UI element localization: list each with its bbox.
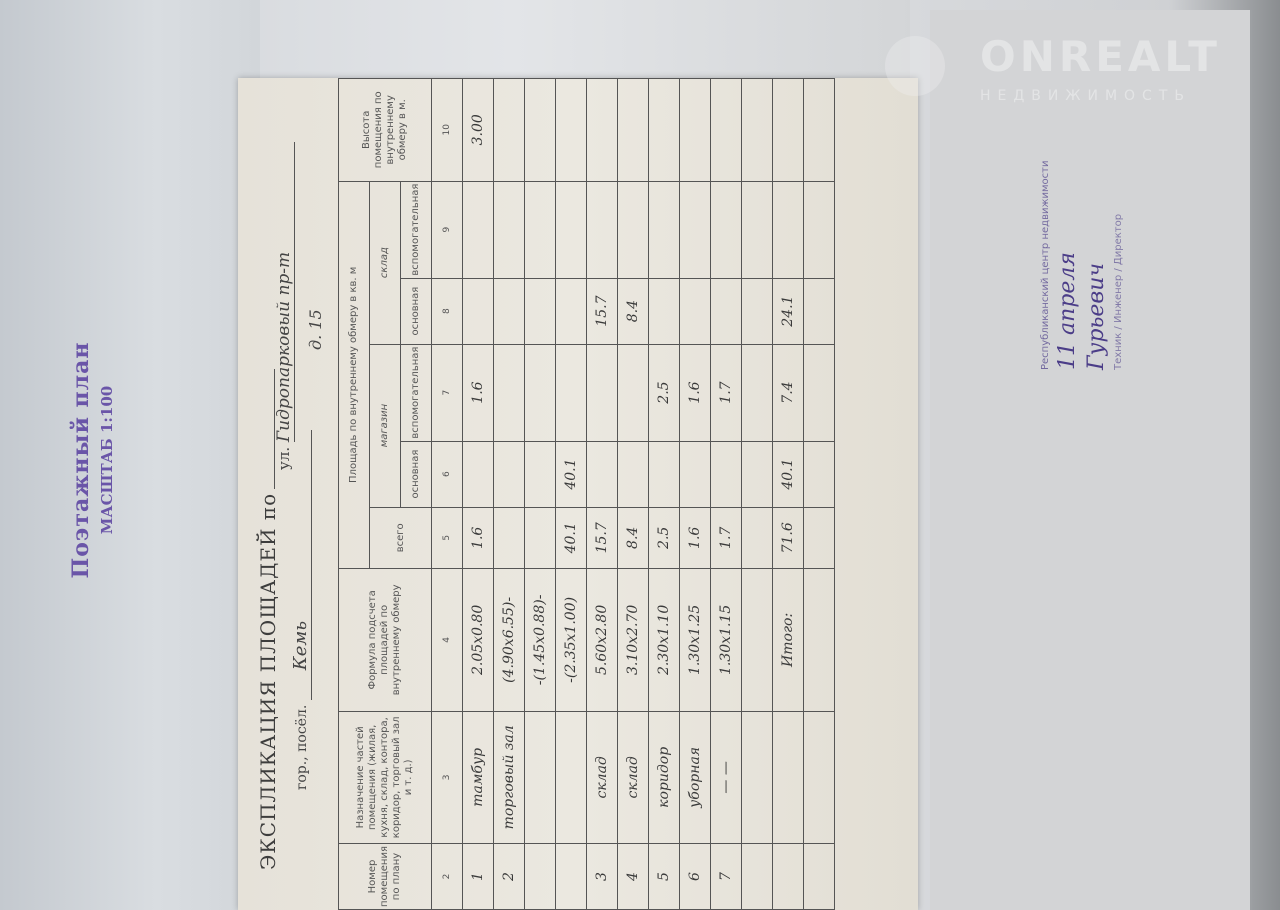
cell-no: 3 xyxy=(587,844,618,910)
table-row xyxy=(804,79,835,910)
cell-formula: -(1.45х0.88)- xyxy=(525,569,556,712)
background-sheet-left xyxy=(0,0,260,910)
cell-formula: 5.60х2.80 xyxy=(587,569,618,712)
cell-purpose: тамбур xyxy=(463,711,494,843)
cell-shop-aux: 1.6 xyxy=(463,344,494,441)
house-pin-icon xyxy=(885,36,945,96)
cell-formula: 1.30х1.15 xyxy=(711,569,742,712)
cell-formula: 1.30х1.25 xyxy=(680,569,711,712)
header-formula: Формула подсчета площадей по внутреннему… xyxy=(339,569,432,712)
cell-total xyxy=(494,507,525,569)
cell-formula: Итого: xyxy=(773,569,804,712)
cell-shop-aux xyxy=(494,344,525,441)
stamp-roles: Техник / Инженер / Директор xyxy=(1113,110,1124,370)
cell-wh-main: 8.4 xyxy=(618,278,649,344)
cell-wh-aux xyxy=(711,181,742,278)
cell-total xyxy=(804,507,835,569)
cell-wh-aux xyxy=(680,181,711,278)
cell-formula xyxy=(804,569,835,712)
cell-no xyxy=(525,844,556,910)
cell-formula xyxy=(742,569,773,712)
header-purpose: Назначение частей помещения (жилая, кухн… xyxy=(339,711,432,843)
cell-shop-aux xyxy=(618,344,649,441)
cell-height xyxy=(711,79,742,182)
cell-height xyxy=(587,79,618,182)
cell-shop-aux: 1.7 xyxy=(711,344,742,441)
cell-wh-main xyxy=(711,278,742,344)
city-value: Кемь xyxy=(290,430,312,700)
column-numbers-row: 2 3 4 5 6 7 8 9 10 xyxy=(432,79,463,910)
header-room-no: Номер помещения по плану xyxy=(339,844,432,910)
cell-height xyxy=(618,79,649,182)
cell-height xyxy=(525,79,556,182)
cell-total xyxy=(525,507,556,569)
cell-shop-aux: 7.4 xyxy=(773,344,804,441)
table-row: 4склад3.10х2.708.48.4 xyxy=(618,79,649,910)
cell-total xyxy=(742,507,773,569)
cell-no: 6 xyxy=(680,844,711,910)
cell-shop-main xyxy=(649,441,680,507)
cell-purpose: коридор xyxy=(649,711,680,843)
cell-wh-main: 15.7 xyxy=(587,278,618,344)
table-row: -(2.35х1.00)40.140.1 xyxy=(556,79,587,910)
cell-shop-aux xyxy=(742,344,773,441)
header-warehouse: склад xyxy=(370,181,401,344)
cell-purpose xyxy=(742,711,773,843)
cell-shop-aux: 2.5 xyxy=(649,344,680,441)
cell-wh-main xyxy=(556,278,587,344)
cell-height: 3.00 xyxy=(463,79,494,182)
approval-stamp: Республиканский центр недвижимости 11 ап… xyxy=(1040,110,1200,370)
cell-shop-main xyxy=(804,441,835,507)
table-row: 2торговый зал(4.90х6.55)- xyxy=(494,79,525,910)
cell-formula: (4.90х6.55)- xyxy=(494,569,525,712)
cell-wh-aux xyxy=(587,181,618,278)
cell-wh-main xyxy=(742,278,773,344)
watermark-brand: ONREALT xyxy=(980,32,1221,81)
cell-wh-aux xyxy=(773,181,804,278)
cell-height xyxy=(494,79,525,182)
watermark-tagline: НЕДВИЖИМОСТЬ xyxy=(980,88,1191,104)
table-row: 1тамбур2.05х0.801.61.63.00 xyxy=(463,79,494,910)
cell-shop-aux xyxy=(525,344,556,441)
street-value: Гидропарковый пр-т xyxy=(274,142,295,442)
cell-shop-main xyxy=(742,441,773,507)
cell-height xyxy=(680,79,711,182)
table-row: 5коридор2.30х1.102.52.5 xyxy=(649,79,680,910)
cell-wh-main xyxy=(525,278,556,344)
cell-purpose xyxy=(804,711,835,843)
explication-form: ЭКСПЛИКАЦИЯ ПЛОЩАДЕЙ по ул. Гидропарковы… xyxy=(238,78,918,910)
cell-height xyxy=(804,79,835,182)
table-row: 6уборная1.30х1.251.61.6 xyxy=(680,79,711,910)
cell-purpose: — — xyxy=(711,711,742,843)
cell-wh-aux xyxy=(463,181,494,278)
cell-shop-main xyxy=(494,441,525,507)
table-row: 3склад5.60х2.8015.715.7 xyxy=(587,79,618,910)
cell-wh-aux xyxy=(494,181,525,278)
cell-wh-main xyxy=(494,278,525,344)
cell-height xyxy=(742,79,773,182)
cell-shop-aux xyxy=(556,344,587,441)
cell-no xyxy=(742,844,773,910)
cell-no: 5 xyxy=(649,844,680,910)
cell-formula: 3.10х2.70 xyxy=(618,569,649,712)
cell-formula: -(2.35х1.00) xyxy=(556,569,587,712)
cell-wh-aux xyxy=(804,181,835,278)
cell-no xyxy=(804,844,835,910)
cell-wh-aux xyxy=(618,181,649,278)
cell-total: 8.4 xyxy=(618,507,649,569)
cell-shop-aux xyxy=(587,344,618,441)
cell-wh-main xyxy=(680,278,711,344)
stamp-signature: Гурьевич xyxy=(1084,110,1109,370)
table-row: -(1.45х0.88)- xyxy=(525,79,556,910)
area-table: Номер помещения по плану Назначение част… xyxy=(338,78,835,910)
cell-total: 2.5 xyxy=(649,507,680,569)
cell-wh-aux xyxy=(649,181,680,278)
cell-height xyxy=(556,79,587,182)
cell-total: 1.6 xyxy=(463,507,494,569)
stamp-org: Республиканский центр недвижимости xyxy=(1040,110,1051,370)
header-shop-main: основная xyxy=(401,441,432,507)
cell-total: 71.6 xyxy=(773,507,804,569)
cell-no xyxy=(773,844,804,910)
header-shop-aux: вспомогательная xyxy=(401,344,432,441)
cell-no: 2 xyxy=(494,844,525,910)
cell-height xyxy=(773,79,804,182)
cell-wh-aux xyxy=(742,181,773,278)
cell-no xyxy=(556,844,587,910)
cell-purpose: склад xyxy=(587,711,618,843)
header-wh-aux: вспомогательная xyxy=(401,181,432,278)
cell-shop-main xyxy=(463,441,494,507)
cell-total: 1.6 xyxy=(680,507,711,569)
cell-height xyxy=(649,79,680,182)
watermark: ONREALT НЕДВИЖИМОСТЬ xyxy=(885,30,1265,110)
cell-purpose xyxy=(556,711,587,843)
header-total: всего xyxy=(370,507,432,569)
cell-shop-aux: 1.6 xyxy=(680,344,711,441)
table-row: Итого:71.640.17.424.1 xyxy=(773,79,804,910)
header-wh-main: основная xyxy=(401,278,432,344)
city-field: гор., посёл. Кемь xyxy=(290,430,312,790)
cell-formula: 2.30х1.10 xyxy=(649,569,680,712)
cell-shop-main: 40.1 xyxy=(556,441,587,507)
cell-purpose: склад xyxy=(618,711,649,843)
stamp-title: Поэтажный план xyxy=(68,325,94,595)
stamp-scale: МАСШТАБ 1:100 xyxy=(98,325,116,595)
cell-shop-main xyxy=(525,441,556,507)
table-row: 7— —1.30х1.151.71.7 xyxy=(711,79,742,910)
header-shop: магазин xyxy=(370,344,401,507)
house-number: д. 15 xyxy=(306,309,325,350)
cell-total: 15.7 xyxy=(587,507,618,569)
cell-formula: 2.05х0.80 xyxy=(463,569,494,712)
cell-shop-aux xyxy=(804,344,835,441)
cell-total: 1.7 xyxy=(711,507,742,569)
cell-purpose xyxy=(773,711,804,843)
floor-plan-stamp: Поэтажный план МАСШТАБ 1:100 xyxy=(68,325,128,595)
stamp-date: 11 апреля xyxy=(1055,110,1080,370)
cell-wh-main: 24.1 xyxy=(773,278,804,344)
cell-shop-main xyxy=(680,441,711,507)
street-field: ул. Гидропарковый пр-т xyxy=(274,142,295,470)
cell-wh-main xyxy=(649,278,680,344)
header-area-group: Площадь по внутреннему обмеру в кв. м xyxy=(339,181,370,568)
cell-shop-main xyxy=(618,441,649,507)
cell-total: 40.1 xyxy=(556,507,587,569)
cell-shop-main xyxy=(711,441,742,507)
cell-wh-aux xyxy=(556,181,587,278)
cell-shop-main xyxy=(587,441,618,507)
cell-purpose xyxy=(525,711,556,843)
header-height: Высота помещения по внутреннему обмеру в… xyxy=(339,79,432,182)
table-row xyxy=(742,79,773,910)
cell-wh-main xyxy=(463,278,494,344)
cell-shop-main: 40.1 xyxy=(773,441,804,507)
cell-no: 7 xyxy=(711,844,742,910)
cell-wh-main xyxy=(804,278,835,344)
cell-no: 1 xyxy=(463,844,494,910)
cell-wh-aux xyxy=(525,181,556,278)
cell-no: 4 xyxy=(618,844,649,910)
cell-purpose: уборная xyxy=(680,711,711,843)
cell-purpose: торговый зал xyxy=(494,711,525,843)
